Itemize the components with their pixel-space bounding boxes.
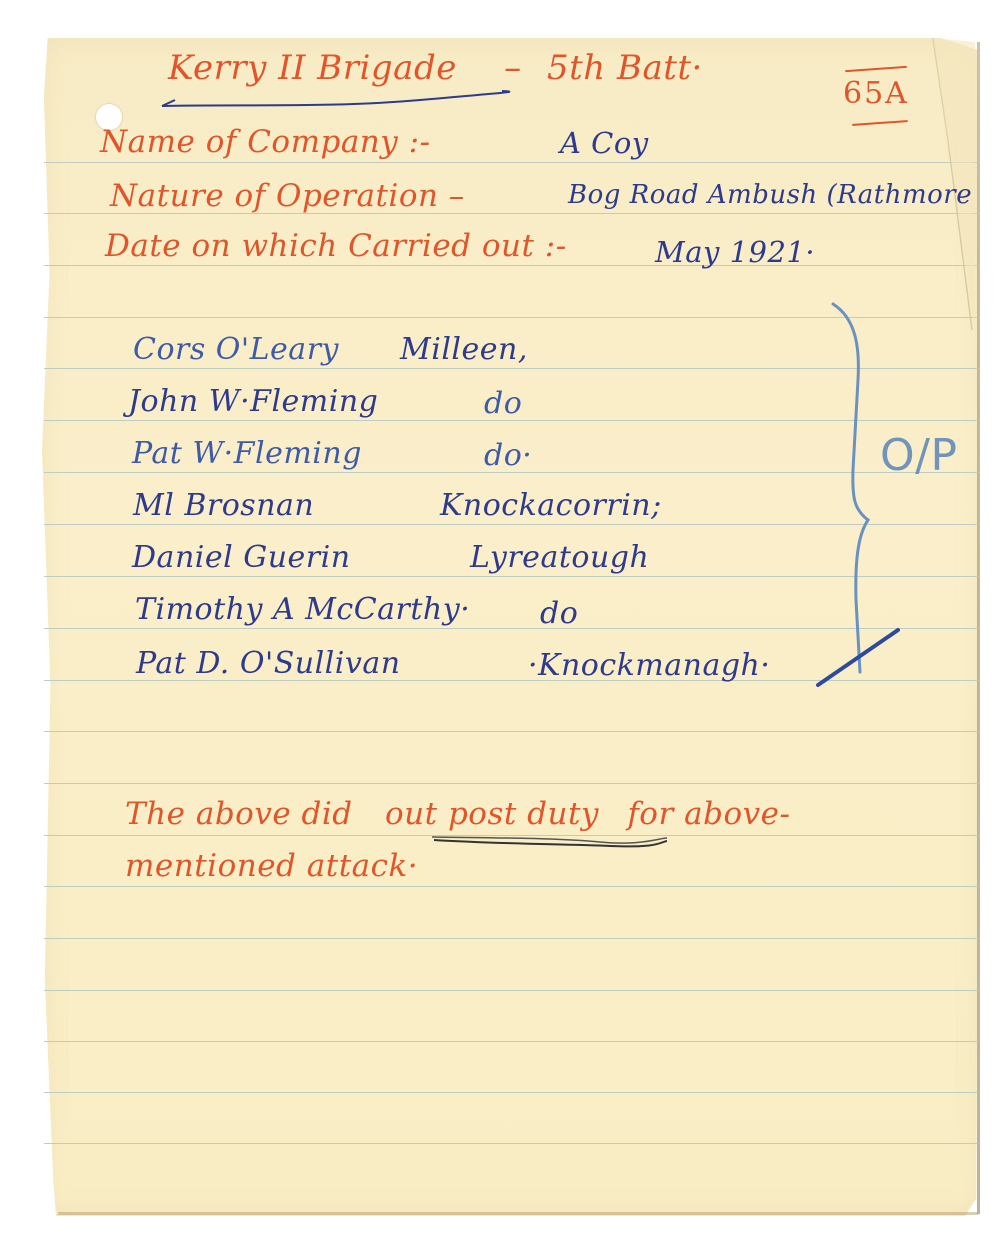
rule-line	[44, 731, 978, 732]
member-name: Ml Brosnan	[133, 488, 314, 523]
member-name: Pat D. O'Sullivan	[136, 646, 401, 681]
rule-line	[44, 524, 978, 525]
rule-line	[44, 317, 978, 318]
member-name: Daniel Guerin	[132, 540, 351, 575]
rule-line	[44, 368, 978, 369]
member-name: Cors O'Leary	[133, 332, 339, 367]
member-place: ·Knockmanagh·	[528, 648, 770, 683]
battalion-name: 5th Batt·	[547, 48, 703, 88]
rule-line	[44, 783, 978, 784]
rule-line	[44, 938, 978, 939]
rule-line	[44, 1041, 978, 1042]
rule-line	[44, 265, 978, 266]
operation-value: Bog Road Ambush (Rathmore	[568, 180, 972, 210]
title-separator: –	[504, 48, 522, 88]
rule-line	[44, 886, 978, 887]
date-value: May 1921·	[655, 235, 815, 269]
rule-line	[44, 1143, 978, 1144]
closing-note-line-1: The above did out post duty for above-	[125, 796, 790, 832]
rule-line	[44, 628, 978, 629]
member-place: do	[484, 386, 522, 421]
member-name: Pat W·Fleming	[132, 436, 362, 471]
company-value: A Coy	[560, 126, 649, 160]
operation-label: Nature of Operation –	[110, 178, 465, 214]
member-name: Timothy A McCarthy·	[135, 592, 470, 627]
member-place: Knockacorrin;	[440, 488, 662, 523]
brigade-name: Kerry II Brigade	[168, 48, 457, 88]
brigade-title: Kerry II Brigade – 5th Batt·	[168, 48, 703, 88]
company-label: Name of Company :-	[100, 124, 431, 160]
op-annotation: O/P	[880, 430, 958, 481]
paper-sheet	[42, 38, 982, 1216]
reference-number: 65A	[843, 76, 909, 111]
rule-line	[44, 990, 978, 991]
rule-line	[44, 162, 978, 163]
rule-line	[44, 576, 978, 577]
rule-line	[44, 1092, 978, 1093]
closing-note-underlined: out post duty	[385, 796, 599, 832]
rule-line	[44, 835, 978, 836]
closing-note-end: for above-	[627, 796, 790, 832]
closing-note-start: The above did	[125, 796, 353, 832]
member-place: do·	[484, 438, 532, 473]
member-name: John W·Fleming	[128, 384, 378, 419]
paper-bottom-edge	[58, 1212, 978, 1215]
member-place: do	[540, 596, 578, 631]
closing-note-line-2: mentioned attack·	[125, 848, 418, 884]
member-place: Milleen,	[400, 332, 528, 367]
date-label: Date on which Carried out :-	[105, 228, 567, 264]
member-place: Lyreatough	[470, 540, 649, 575]
